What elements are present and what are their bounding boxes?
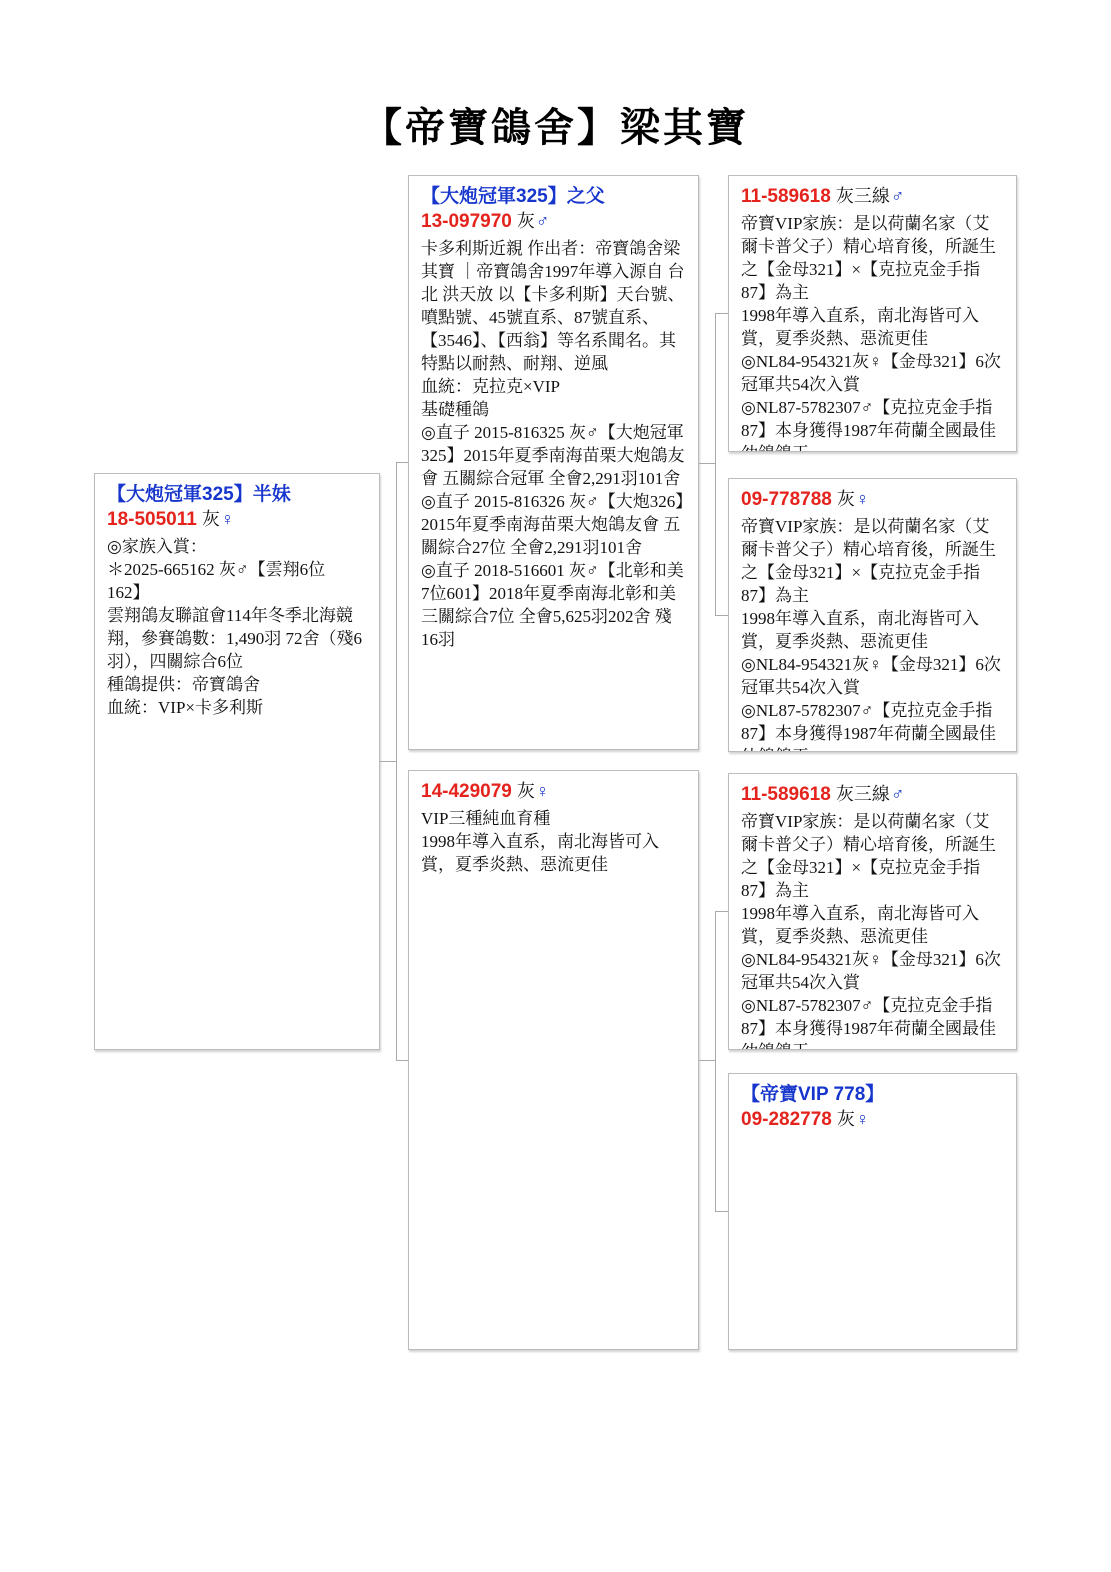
connector-to-dam-sire xyxy=(715,911,728,912)
ring-number: 18-505011 xyxy=(107,509,197,530)
ring-line: 13-097970灰♂ xyxy=(421,209,686,235)
connector-to-dam-dam xyxy=(715,1211,728,1212)
pigeon-description: 帝寶VIP家族：是以荷蘭名家（艾爾卡普父子）精心培育後，所誕生之【金母321】×… xyxy=(741,515,1004,752)
feather-color-label: 灰三線 xyxy=(836,186,890,206)
ring-line: 09-282778灰♀ xyxy=(741,1107,1004,1133)
connector-dam-stub xyxy=(699,1060,715,1061)
connector-dam-bracket xyxy=(715,911,716,1211)
connector-subject-stub xyxy=(380,761,396,762)
pedigree-box-dam-dam: 【帝寶VIP 778】 09-282778灰♀ xyxy=(728,1073,1017,1350)
ring-number: 09-778788 xyxy=(741,489,832,510)
feather-color-label: 灰 xyxy=(517,211,535,231)
page-title: 【帝寶鴿舍】梁其寶 xyxy=(0,96,1111,153)
feather-color-label: 灰 xyxy=(202,509,220,529)
ring-number: 14-429079 xyxy=(421,781,512,802)
ring-number: 13-097970 xyxy=(421,211,512,232)
sex-symbol: ♀ xyxy=(536,781,550,801)
pigeon-description: 卡多利斯近親 作出者：帝寶鴿舍梁其寶 ｜帝寶鴿舍1997年導入源自 台北 洪天放… xyxy=(421,237,686,651)
ring-line: 18-505011灰♀ xyxy=(107,507,367,533)
ring-line: 14-429079灰♀ xyxy=(421,779,686,805)
pigeon-name: 【大炮冠軍325】之父 xyxy=(421,184,686,209)
pedigree-box-dam: 14-429079灰♀ VIP三種純血育種 1998年導入直系，南北海皆可入賞，… xyxy=(408,770,699,1350)
pigeon-description: 帝寶VIP家族：是以荷蘭名家（艾爾卡普父子）精心培育後，所誕生之【金母321】×… xyxy=(741,212,1004,452)
feather-color-label: 灰 xyxy=(837,489,855,509)
pigeon-name: 【帝寶VIP 778】 xyxy=(741,1082,1004,1107)
connector-to-sire-sire xyxy=(715,313,728,314)
pedigree-box-sire: 【大炮冠軍325】之父 13-097970灰♂ 卡多利斯近親 作出者：帝寶鴿舍梁… xyxy=(408,175,699,750)
ring-line: 11-589618灰三線♂ xyxy=(741,184,1004,210)
sex-symbol: ♂ xyxy=(891,784,905,804)
ring-number: 09-282778 xyxy=(741,1109,832,1130)
sex-symbol: ♂ xyxy=(891,186,905,206)
pigeon-description: ◎家族入賞： ＊2025-665162 灰♂【雲翔6位162】 雲翔鴿友聯誼會1… xyxy=(107,535,367,719)
pigeon-description: 帝寶VIP家族：是以荷蘭名家（艾爾卡普父子）精心培育後，所誕生之【金母321】×… xyxy=(741,810,1004,1050)
connector-main-bracket xyxy=(396,462,397,1060)
feather-color-label: 灰 xyxy=(837,1109,855,1129)
feather-color-label: 灰三線 xyxy=(836,784,890,804)
pigeon-description: VIP三種純血育種 1998年導入直系，南北海皆可入賞，夏季炎熱、惡流更佳 xyxy=(421,807,686,876)
connector-main-to-sire xyxy=(396,462,408,463)
connector-sire-stub xyxy=(699,463,715,464)
ring-line: 11-589618灰三線♂ xyxy=(741,782,1004,808)
ring-line: 09-778788灰♀ xyxy=(741,487,1004,513)
pedigree-box-sire-dam: 09-778788灰♀ 帝寶VIP家族：是以荷蘭名家（艾爾卡普父子）精心培育後，… xyxy=(728,478,1017,752)
pedigree-box-subject: 【大炮冠軍325】半妹 18-505011灰♀ ◎家族入賞： ＊2025-665… xyxy=(94,473,380,1050)
pedigree-box-dam-sire: 11-589618灰三線♂ 帝寶VIP家族：是以荷蘭名家（艾爾卡普父子）精心培育… xyxy=(728,773,1017,1050)
pigeon-name: 【大炮冠軍325】半妹 xyxy=(107,482,367,507)
pedigree-box-sire-sire: 11-589618灰三線♂ 帝寶VIP家族：是以荷蘭名家（艾爾卡普父子）精心培育… xyxy=(728,175,1017,452)
ring-number: 11-589618 xyxy=(741,784,831,805)
feather-color-label: 灰 xyxy=(517,781,535,801)
connector-sire-bracket xyxy=(715,313,716,615)
sex-symbol: ♀ xyxy=(221,509,235,529)
connector-main-to-dam xyxy=(396,1060,408,1061)
sex-symbol: ♂ xyxy=(536,211,550,231)
sex-symbol: ♀ xyxy=(856,489,870,509)
ring-number: 11-589618 xyxy=(741,186,831,207)
pedigree-chart: 【帝寶鴿舍】梁其寶 【大炮冠軍325】半妹 18-505011灰♀ ◎家族入賞：… xyxy=(0,0,1111,1572)
sex-symbol: ♀ xyxy=(856,1109,870,1129)
connector-to-sire-dam xyxy=(715,615,728,616)
